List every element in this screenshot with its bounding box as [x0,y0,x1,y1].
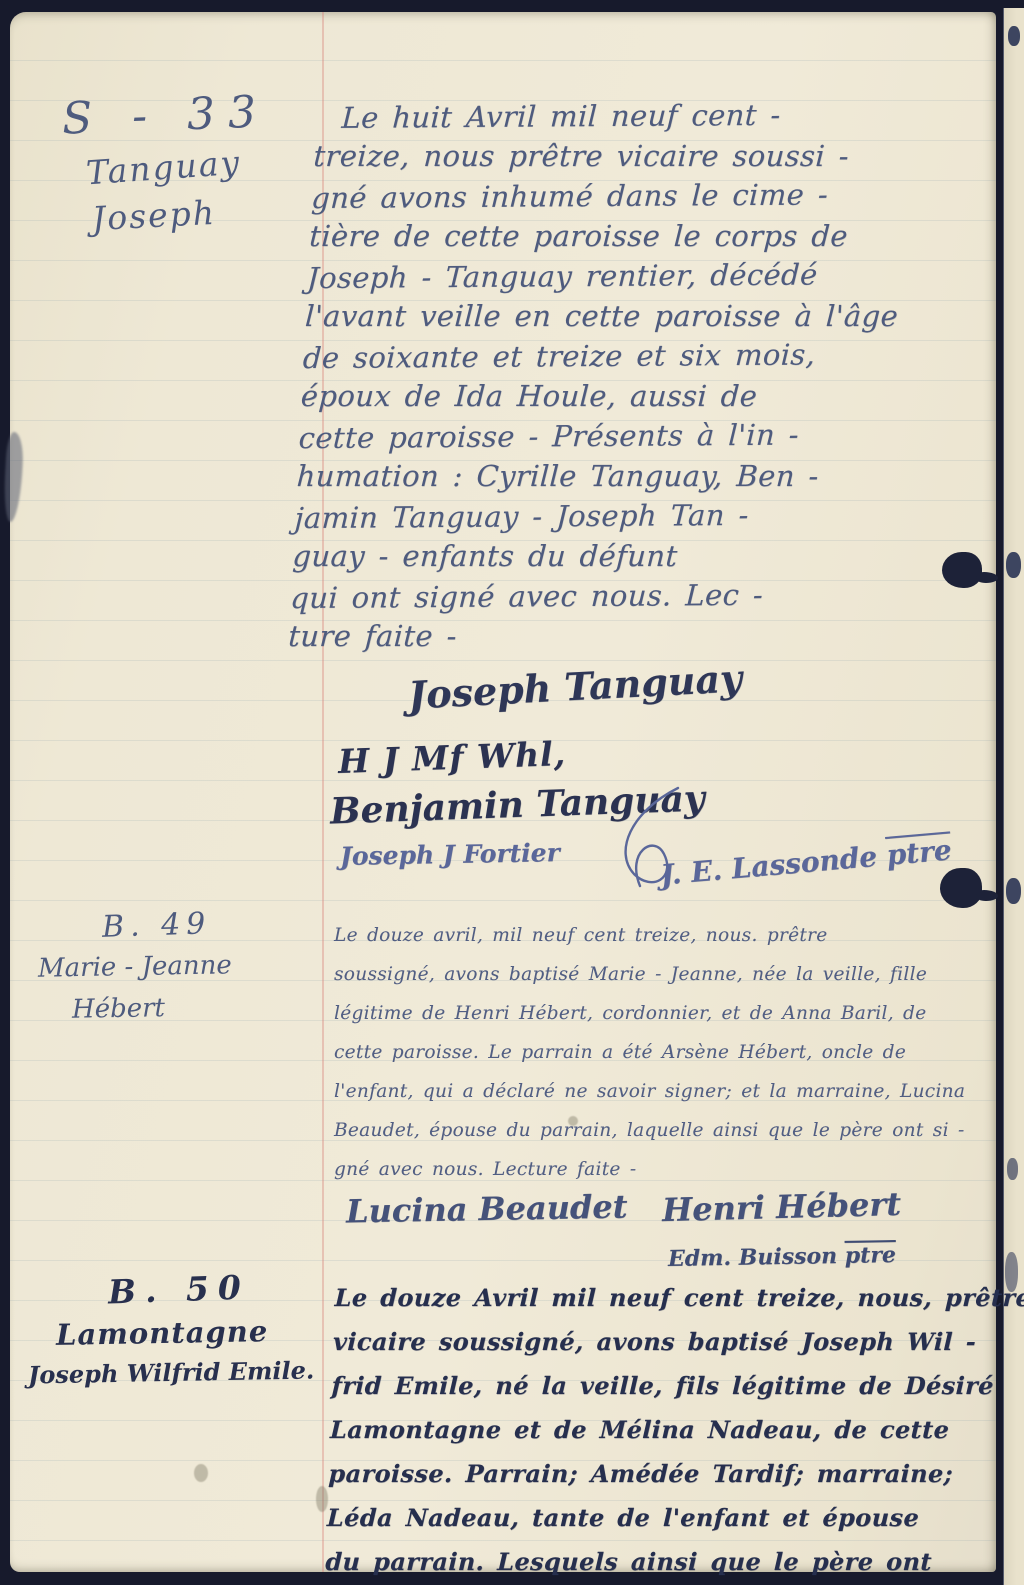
body-line: Léda Nadeau, tante de l'enfant et épouse [326,1496,1024,1540]
body-line: époux de Ida Houle, aussi de [300,376,895,416]
ink-mark-next-page [1008,26,1020,46]
ink-mark-next-page [1005,1252,1018,1292]
paper-speck [568,1116,578,1126]
body-line: gné avons inhumé dans le cime - [310,174,905,218]
entry-b50-margin-surname: Lamontagne [56,1314,269,1352]
entry-b50-margin-code: B. 50 [107,1268,250,1312]
body-line: Beaudet, épouse du parrain, laquelle ain… [334,1111,965,1150]
signature-henri-hebert: Henri Hébert [662,1185,902,1229]
entry-b49-margin-code: B. 49 [101,906,211,945]
body-line: tière de cette paroisse le corps de [308,216,903,256]
body-line: cette paroisse. Le parrain a été Arsène … [334,1033,965,1072]
body-line: qui ont signé avec nous. Lec - [289,574,884,618]
priest-abbreviation: ptre [845,1242,897,1269]
paper-speck [194,1464,208,1482]
ink-blot [942,552,982,588]
body-line: de soixante et treize et six mois, [302,334,897,378]
entry-s33-margin-code: S - 33 [61,86,270,144]
body-line: ture faite - [287,616,882,656]
body-line: Le douze avril, mil neuf cent treize, no… [334,916,965,955]
entry-b50-body: Le douze Avril mil neuf cent treize, nou… [325,1276,1024,1584]
body-line: paroisse. Parrain; Amédée Tardif; marrai… [328,1452,1024,1496]
body-line: Joseph - Tanguay rentier, décédé [306,254,901,298]
body-line: l'enfant, qui a déclaré ne savoir signer… [334,1072,965,1111]
entry-b49-margin-surname: Hébert [72,993,165,1025]
entry-s33-margin-givenname: Joseph [91,193,217,238]
paper-speck [316,1486,328,1512]
ink-mark-next-page [1007,1158,1018,1180]
signature-lucina-beaudet: Lucina Beaudet [346,1188,628,1231]
signature-buisson-priest: Edm. Buisson ptre [668,1242,896,1272]
body-line: humation : Cyrille Tanguay, Ben - [296,456,891,496]
body-line: vicaire soussigné, avons baptisé Joseph … [332,1320,1024,1364]
register-scan: { "document": { "kind": "Page manuscrite… [0,0,1024,1585]
body-line: cette paroisse - Présents à l'in - [298,414,893,458]
entry-s33-body: Le huit Avril mil neuf cent - treize, no… [287,96,909,656]
body-line: du parrain. Lesquels ainsi que le père o… [325,1540,1023,1584]
signature-illegible: H J Mf Whl, [337,734,566,781]
body-line: frid Emile, né la veille, fils légitime … [331,1364,1024,1408]
ink-blot [940,868,982,908]
priest-abbreviation: ptre [885,833,953,872]
body-line: soussigné, avons baptisé Marie - Jeanne,… [334,955,965,994]
signature-joseph-fortier: Joseph J Fortier [340,838,560,871]
body-line: légitime de Henri Hébert, cordonnier, et… [334,994,965,1033]
ink-mark-next-page [1006,552,1021,578]
body-line: Lamontagne et de Mélina Nadeau, de cette [329,1408,1024,1452]
body-line: Le douze Avril mil neuf cent treize, nou… [334,1276,1024,1320]
body-line: Le huit Avril mil neuf cent - [315,94,910,138]
body-line: jamin Tanguay - Joseph Tan - [294,494,889,538]
body-line: l'avant veille en cette paroisse à l'âge [304,296,899,336]
ink-mark-next-page [1006,878,1021,904]
body-line: gné avec nous. Lecture faite - [334,1150,965,1189]
entry-b49-margin-givenname: Marie - Jeanne [38,950,232,983]
body-line: treize, nous prêtre vicaire soussi - [312,136,907,176]
entry-b50-margin-givennames: Joseph Wilfrid Emile. [28,1356,315,1390]
entry-b49-body: Le douze avril, mil neuf cent treize, no… [334,916,965,1189]
body-line: guay - enfants du défunt [292,536,887,576]
